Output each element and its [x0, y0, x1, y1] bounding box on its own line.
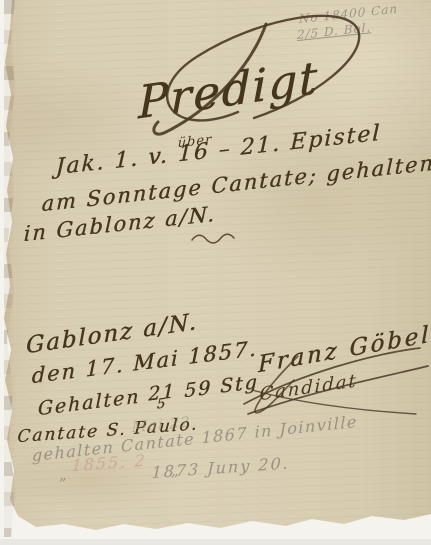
held-note-date-fraction: 215: [148, 384, 176, 412]
scanned-page: No 18400 Can 2/5 D. Bol. Predigt über Ja…: [0, 0, 431, 545]
pencil-ditto-1: „: [58, 465, 67, 483]
